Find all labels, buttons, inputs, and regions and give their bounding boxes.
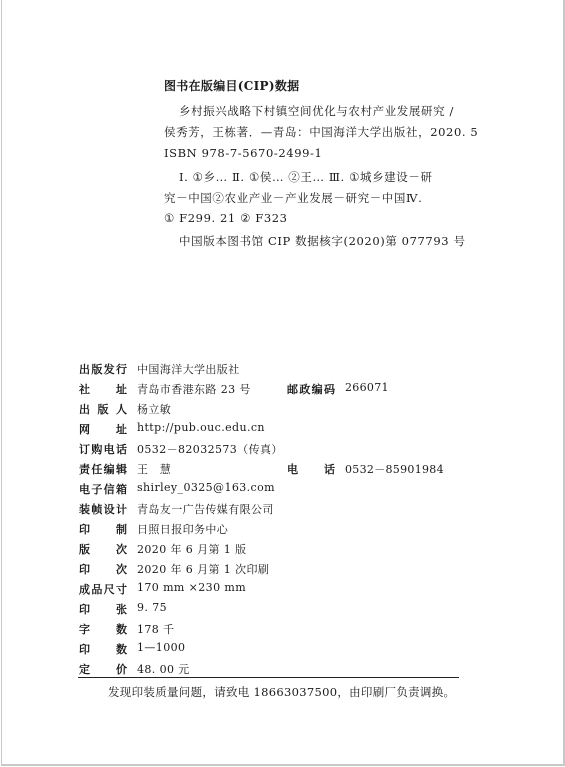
- cip-subject-line-1: Ⅰ. ①乡… Ⅱ. ①侯… ②王… Ⅲ. ①城乡建设－研: [179, 169, 433, 185]
- imprint-label-char: 箱: [116, 481, 127, 497]
- imprint-label-char: 价: [116, 661, 127, 677]
- cip-record-number: 中国版本图书馆 CIP 数据核字(2020)第 077793 号: [179, 233, 466, 249]
- imprint-value: 2020 年 6 月第 1 次印刷: [137, 561, 269, 577]
- cip-classification: ① F299. 21 ② F323: [164, 211, 288, 225]
- imprint-label-char: 数: [116, 641, 127, 657]
- imprint-label-char: 印: [79, 601, 90, 617]
- imprint-label-char: 责: [79, 461, 90, 477]
- cip-isbn: ISBN 978-7-5670-2499-1: [164, 146, 322, 160]
- imprint-label-char: 政: [299, 381, 310, 397]
- imprint-value: 0532－82032573（传真）: [137, 441, 283, 457]
- imprint-label-char: 印: [79, 641, 90, 657]
- imprint-label: 出版人: [79, 401, 127, 417]
- imprint-label-char: 定: [79, 661, 90, 677]
- imprint-label-char: 辑: [116, 461, 127, 477]
- imprint-label-char: 社: [79, 381, 90, 397]
- imprint-value: 杨立敏: [137, 401, 171, 417]
- imprint-value: 王 慧: [137, 461, 171, 477]
- imprint-value-secondary: 0532－85901984: [345, 461, 444, 477]
- imprint-label-char: 设: [104, 501, 115, 517]
- imprint-label-secondary: 电话: [287, 461, 335, 477]
- imprint-label-char: 数: [116, 621, 127, 637]
- imprint-value: 青岛市香港东路 23 号: [137, 381, 251, 397]
- copyright-page: 图书在版编目(CIP)数据 乡村振兴战略下村镇空间优化与农村产业发展研究 / 侯…: [1, 0, 565, 766]
- imprint-label-char: 邮: [287, 381, 298, 397]
- imprint-label: 定价: [79, 661, 127, 677]
- imprint-label: 版次: [79, 541, 127, 557]
- imprint-value-secondary: 266071: [345, 381, 389, 394]
- imprint-label-char: 张: [116, 601, 127, 617]
- imprint-label-char: 话: [116, 441, 127, 457]
- imprint-value: 日照日报印务中心: [137, 521, 228, 537]
- imprint-value: shirley_0325@163.com: [137, 481, 275, 494]
- imprint-label: 电子信箱: [79, 481, 127, 497]
- imprint-label-char: 计: [116, 501, 127, 517]
- imprint-value: 青岛友一广告传媒有限公司: [137, 501, 274, 517]
- imprint-label-char: 制: [116, 521, 127, 537]
- imprint-label: 成品尺寸: [79, 581, 127, 597]
- imprint-label-char: 出: [79, 361, 90, 377]
- imprint-label-char: 电: [287, 461, 298, 477]
- imprint-label-char: 版: [79, 541, 90, 557]
- cip-subject-line-2: 究－中国②农业产业－产业发展－研究－中国Ⅳ.: [164, 190, 422, 206]
- imprint-label-char: 印: [79, 561, 90, 577]
- imprint-label-char: 购: [91, 441, 102, 457]
- imprint-label-char: 寸: [116, 581, 127, 597]
- imprint-label-char: 版: [98, 401, 109, 417]
- imprint-label: 印数: [79, 641, 127, 657]
- imprint-value: 中国海洋大学出版社: [137, 361, 240, 377]
- imprint-label-char: 发: [104, 361, 115, 377]
- imprint-label: 装帧设计: [79, 501, 127, 517]
- imprint-label: 订购电话: [79, 441, 127, 457]
- imprint-label: 字数: [79, 621, 127, 637]
- imprint-label-char: 尺: [104, 581, 115, 597]
- imprint-label-char: 网: [79, 421, 90, 437]
- imprint-label-char: 址: [116, 381, 127, 397]
- imprint-value: http://pub.ouc.edu.cn: [137, 421, 265, 434]
- imprint-label-char: 信: [104, 481, 115, 497]
- imprint-label: 网址: [79, 421, 127, 437]
- divider-rule: [78, 677, 459, 678]
- imprint-label-char: 电: [104, 441, 115, 457]
- cip-author-publisher-line: 侯秀芳，王栋著．—青岛：中国海洋大学出版社，2020. 5: [164, 124, 478, 140]
- imprint-label: 印制: [79, 521, 127, 537]
- imprint-label-char: 订: [79, 441, 90, 457]
- imprint-label-char: 任: [91, 461, 102, 477]
- quality-notice: 发现印装质量问题，请致电 18663037500，由印刷厂负责调换。: [108, 684, 455, 700]
- imprint-label: 责任编辑: [79, 461, 127, 477]
- cip-title: 图书在版编目(CIP)数据: [164, 77, 299, 94]
- imprint-label-char: 成: [79, 581, 90, 597]
- imprint-value: 48. 00 元: [137, 661, 190, 677]
- imprint-label: 社址: [79, 381, 127, 397]
- imprint-label-char: 编: [312, 381, 323, 397]
- imprint-label-char: 次: [116, 561, 127, 577]
- imprint-label-char: 印: [79, 521, 90, 537]
- imprint-label-char: 行: [116, 361, 127, 377]
- imprint-value: 170 mm ×230 mm: [137, 581, 246, 594]
- imprint-label-char: 话: [324, 461, 335, 477]
- imprint-label-char: 子: [91, 481, 102, 497]
- imprint-value: 178 千: [137, 621, 175, 637]
- imprint-label: 印次: [79, 561, 127, 577]
- imprint-label-char: 电: [79, 481, 90, 497]
- imprint-label-char: 出: [79, 401, 90, 417]
- imprint-label-char: 编: [104, 461, 115, 477]
- imprint-label-secondary: 邮政编码: [287, 381, 335, 397]
- imprint-label-char: 人: [116, 401, 127, 417]
- imprint-value: 1—1000: [137, 641, 185, 654]
- imprint-label-char: 版: [91, 361, 102, 377]
- imprint-label: 出版发行: [79, 361, 127, 377]
- imprint-value: 9. 75: [137, 601, 167, 614]
- imprint-value: 2020 年 6 月第 1 版: [137, 541, 246, 557]
- imprint-label-char: 字: [79, 621, 90, 637]
- imprint-label-char: 址: [116, 421, 127, 437]
- imprint-label-char: 品: [91, 581, 102, 597]
- imprint-label-char: 帧: [91, 501, 102, 517]
- imprint-label-char: 码: [324, 381, 335, 397]
- imprint-label: 印张: [79, 601, 127, 617]
- imprint-label-char: 装: [79, 501, 90, 517]
- cip-book-title-line: 乡村振兴战略下村镇空间优化与农村产业发展研究 /: [179, 103, 454, 119]
- imprint-label-char: 次: [116, 541, 127, 557]
